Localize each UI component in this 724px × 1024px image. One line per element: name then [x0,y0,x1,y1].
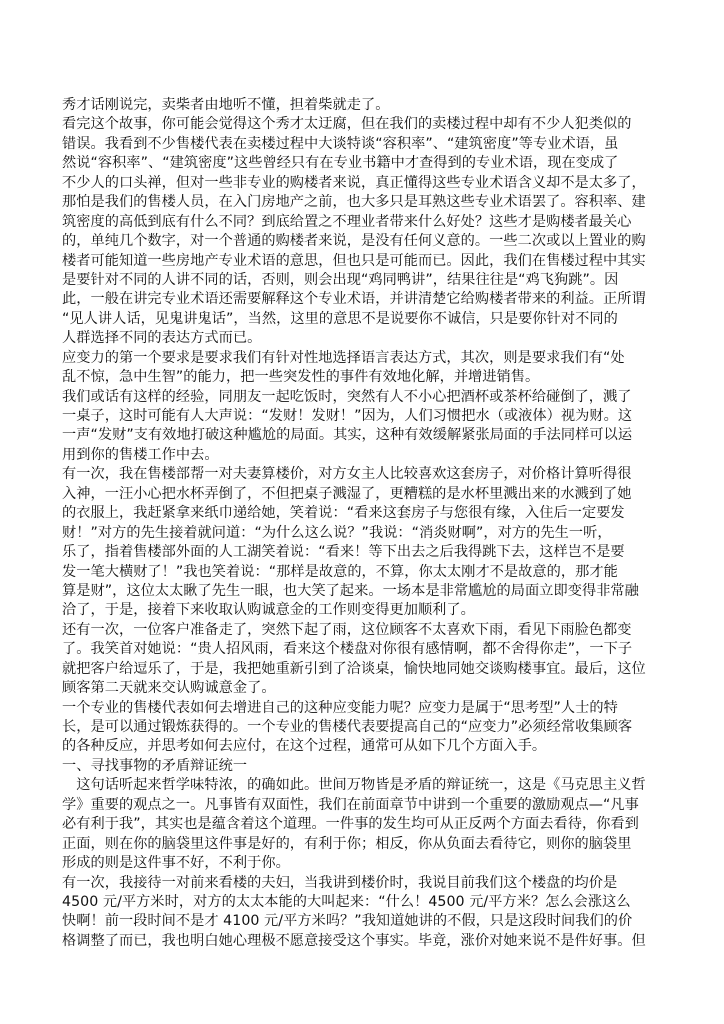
text-line: 乐了，指着售楼部外面的人工湖笑着说：“看来！等下出去之后我得跳下去，这样岂不是要 [62,543,642,562]
text-line: 发一笔大横财了！”我也笑着说：“那样是故意的，不算，你太太刚才不是故意的，那才能 [62,563,642,582]
text-line: 财！”对方的先生接着就问道：“为什么这么说？”我说：“消炎财啊”，对方的先生一听… [62,524,642,543]
text-line: 秀才话刚说完，卖柴者由地听不懂，担着柴就走了。 [62,96,642,115]
text-line: 不少人的口头禅，但对一些非专业的购楼者来说，真正懂得这些专业术语含义却不是太多了… [62,174,642,193]
text-line: 错误。我看到不少售楼代表在卖楼过程中大谈特谈“容积率”、“建筑密度”等专业术语，… [62,135,642,154]
section-heading: 一、寻找事物的矛盾辩证统一 [62,757,642,776]
text-line: 顾客第二天就来交认购诚意金了。 [62,679,642,698]
text-line: 格调整了而已，我也明白她心理极不愿意接受这个事实。毕竟，涨价对她来说不是件好事。… [62,932,642,951]
text-line: 的各种反应，并思考如何去应付，在这个过程，通常可从如下几个方面入手。 [62,737,642,756]
text-line: 有一次，我在售楼部帮一对夫妻算楼价，对方女主人比较喜欢这套房子，对价格计算听得很 [62,465,642,484]
text-line: 入神，一汪小心把水杯弄倒了，不但把桌子溅湿了，更糟糕的是水杯里溅出来的水溅到了她 [62,485,642,504]
text-line: 快啊！前一段时间不是才 4100 元/平方米吗？”我知道她讲的不假，只是这段时间… [62,912,642,931]
text-line: 形成的则是这件事不好，不利于你。 [62,854,642,873]
text-line: 这句话听起来哲学味特浓，的确如此。世间万物皆是矛盾的辩证统一，这是《马克思主义哲 [62,776,642,795]
text-line: 学》重要的观点之一。凡事皆有双面性，我们在前面章节中讲到一个重要的激励观点—“凡… [62,796,642,815]
text-line: 4500 元/平方米时，对方的太太本能的大叫起来：“什么！4500 元/平方米？… [62,893,642,912]
text-line: 了。我笑首对她说：“贵人招风雨，看来这个楼盘对你很有感情啊，都不舍得你走”，一下… [62,640,642,659]
text-line: 的衣服上，我赶紧拿来纸巾递给她，笑着说：“看来这套房子与您很有缘，入住后一定要发 [62,504,642,523]
text-line: 的，单纯几个数字，对一个普通的购楼者来说，是没有任何义意的。一些二次或以上置业的… [62,232,642,251]
text-line: 用到你的售楼工作中去。 [62,446,642,465]
text-line: 正面，则在你的脑袋里这件事是好的，有利于你；相反，你从负面去看待它，则你的脑袋里 [62,835,642,854]
text-line: 楼者可能知道一些房地产专业术语的意思，但也只是可能而已。因此，我们在售楼过程中其… [62,252,642,271]
text-line: 洽了，于是，接着下来收取认购诚意金的工作则变得更加顺利了。 [62,601,642,620]
text-line: 然说“容积率”、“建筑密度”这些曾经只有在专业书籍中才查得到的专业术语，现在变成… [62,154,642,173]
text-line: 有一次，我接待一对前来看楼的夫妇，当我讲到楼价时，我说目前我们这个楼盘的均价是 [62,874,642,893]
text-line: 看完这个故事，你可能会觉得这个秀才太迂腐，但在我们的卖楼过程中却有不少人犯类似的 [62,115,642,134]
text-line: 乱不惊，急中生智”的能力，把一些突发性的事件有效地化解，并增进销售。 [62,368,642,387]
text-line: 我们或话有这样的经验，同朋友一起吃饭时，突然有人不小心把酒杯或茶杯给碰倒了，溅了 [62,388,642,407]
text-line: 那怕是我们的售楼人员，在入门房地产之前，也大多只是耳熟这些专业术语罢了。容积率、… [62,193,642,212]
text-line: 长，是可以通过锻炼获得的。一个专业的售楼代表要提高自己的“应变力”必须经常收集顾… [62,718,642,737]
text-line: 还有一次，一位客户准备走了，突然下起了雨，这位顾客不太喜欢下雨，看见下雨脸色都变 [62,621,642,640]
text-line: “见人讲人话，见鬼讲鬼话”，当然，这里的意思不是说要你不诚信，只是要你针对不同的 [62,310,642,329]
text-line: 必有利于我”，其实也是蕴含着这个道理。一件事的发生均可从正反两个方面去看待，你看… [62,815,642,834]
text-line: 就把客户给逗乐了，于是，我把她重新引到了洽谈桌，愉快地同她交谈购楼事宜。最后，这… [62,660,642,679]
text-line: 一个专业的售楼代表如何去增进自己的这种应变能力呢？应变力是属于“思考型”人士的特 [62,699,642,718]
text-line: 应变力的第一个要求是要求我们有针对性地选择语言表达方式，其次，则是要求我们有“处 [62,349,642,368]
text-line: 人群选择不同的表达方式而已。 [62,329,642,348]
text-line: 是要针对不同的人讲不同的话，否则，则会出现“鸡同鸭讲”，结果往往是“鸡飞狗跳”。… [62,271,642,290]
text-line: 一桌子，这时可能有人大声说：“发财！发财！”因为，人们习惯把水（或液体）视为财。… [62,407,642,426]
text-line: 算是财”，这位太太瞅了先生一眼，也大笑了起来。一场本是非常尴尬的局面立即变得非常… [62,582,642,601]
text-line: 此，一般在讲完专业术语还需要解释这个专业术语，并讲清楚它给购楼者带来的利益。正所… [62,290,642,309]
text-line: 筑密度的高低到底有什么不同？到底给置之不理业者带来什么好处？这些才是购楼者最关心 [62,213,642,232]
text-line: 一声“发财”支有效地打破这种尴尬的局面。其实，这种有效缓解紧张局面的手法同样可以… [62,426,642,445]
document-page: 秀才话刚说完，卖柴者由地听不懂，担着柴就走了。 看完这个故事，你可能会觉得这个秀… [62,96,642,951]
